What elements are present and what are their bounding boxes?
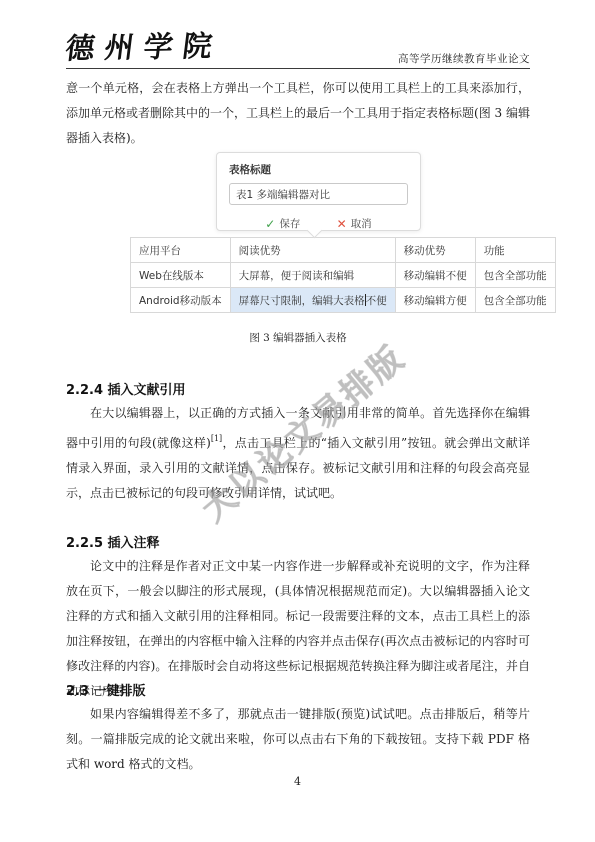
page-header: 德州学院 高等学历继续教育毕业论文 <box>66 26 530 68</box>
table-header-cell[interactable]: 移动优势 <box>395 238 475 263</box>
intro-paragraph: 意一个单元格，会在表格上方弹出一个工具栏，你可以使用工具栏上的工具来添加行，添加… <box>66 76 530 151</box>
table-cell[interactable]: 包含全部功能 <box>475 288 555 313</box>
table-header-cell[interactable]: 功能 <box>475 238 555 263</box>
page-number: 4 <box>0 775 595 788</box>
section-heading-2-2-5: 2.2.5 插入注释 <box>66 532 530 551</box>
header-title: 高等学历继续教育毕业论文 <box>398 51 530 66</box>
header-rule <box>66 68 530 69</box>
table-cell-highlighted[interactable]: 屏幕尺寸限制，编辑大表格不便 <box>230 288 395 313</box>
table-cell[interactable]: 大屏幕，便于阅读和编辑 <box>230 263 395 288</box>
save-button[interactable]: ✓ 保存 <box>265 216 300 231</box>
editor-table: 应用平台 阅读优势 移动优势 功能 Web在线版本 大屏幕，便于阅读和编辑 移动… <box>130 237 556 313</box>
table-header-cell[interactable]: 阅读优势 <box>230 238 395 263</box>
citation-marker: [1] <box>211 434 222 443</box>
table-cell[interactable]: 包含全部功能 <box>475 263 555 288</box>
section-heading-2-3: 2.3 一键排版 <box>66 680 530 699</box>
figure-caption: 图 3 编辑器插入表格 <box>66 330 530 345</box>
section-paragraph-2-2-4: 在大以编辑器上，以正确的方式插入一条文献引用非常的简单。首先选择你在编辑器中引用… <box>66 401 530 506</box>
cell-text-before-caret: 屏幕尺寸限制，编辑大表格 <box>239 295 365 307</box>
cancel-button-label: 取消 <box>351 216 372 231</box>
section-paragraph-2-3: 如果内容编辑得差不多了，那就点击一键排版(预览)试试吧。点击排版后，稍等片刻。一… <box>66 702 530 777</box>
cell-text-after-caret: 不便 <box>366 295 387 307</box>
check-icon: ✓ <box>265 217 275 231</box>
table-row: Android移动版本 屏幕尺寸限制，编辑大表格不便 移动编辑方便 包含全部功能 <box>131 288 556 313</box>
close-icon: ✕ <box>337 217 347 231</box>
thesis-page: 德州学院 高等学历继续教育毕业论文 意一个单元格，会在表格上方弹出一个工具栏，你… <box>0 0 595 842</box>
save-button-label: 保存 <box>279 216 300 231</box>
cancel-button[interactable]: ✕ 取消 <box>337 216 372 231</box>
table-cell[interactable]: 移动编辑方便 <box>395 288 475 313</box>
table-header-cell[interactable]: 应用平台 <box>131 238 231 263</box>
table-cell[interactable]: Android移动版本 <box>131 288 231 313</box>
dialog-label: 表格标题 <box>229 162 408 177</box>
table-header-row: 应用平台 阅读优势 移动优势 功能 <box>131 238 556 263</box>
table-title-dialog: 表格标题 ✓ 保存 ✕ 取消 <box>216 152 421 231</box>
university-logo: 德州学院 <box>63 24 224 68</box>
table-title-input[interactable] <box>229 183 408 205</box>
table-cell[interactable]: 移动编辑不便 <box>395 263 475 288</box>
table-cell[interactable]: Web在线版本 <box>131 263 231 288</box>
table-row: Web在线版本 大屏幕，便于阅读和编辑 移动编辑不便 包含全部功能 <box>131 263 556 288</box>
section-heading-2-2-4: 2.2.4 插入文献引用 <box>66 379 530 398</box>
